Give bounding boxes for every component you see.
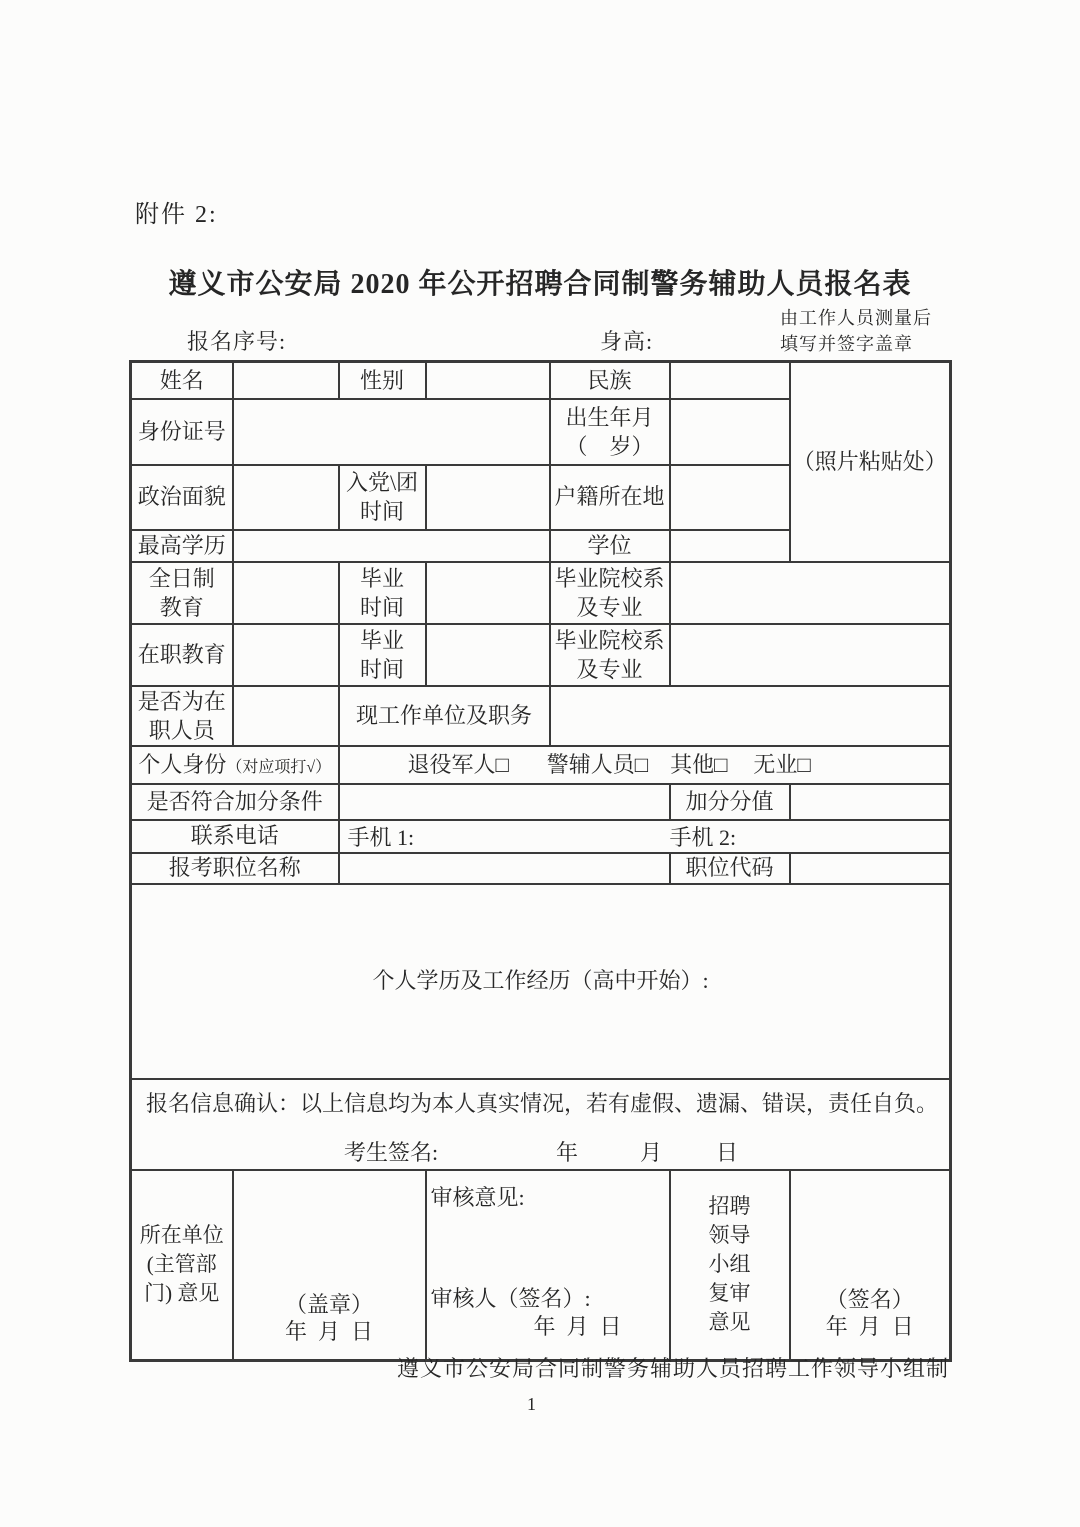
fulltime-grad-school-value-cell [670,562,951,624]
seal-label: （盖章） [285,1291,373,1319]
personal-identity-label: 个人身份（对应项打√） [131,746,339,784]
identity-option-unemployed: 无业□ [753,751,810,779]
personal-identity-label-text: 个人身份 [138,752,226,777]
height-measure-note-line1: 由工作人员测量后 [780,305,932,331]
position-code-value-cell [790,853,951,884]
political-status-label: 政治面貌 [131,465,233,530]
confirmation-cell: 报名信息确认：以上信息均为本人真实情况，若有虚假、遗漏、错误，责任自负。 考生签… [131,1079,951,1170]
fulltime-education-label: 全日制 教育 [131,562,233,624]
household-registration-label: 户籍所在地 [550,465,670,530]
unit-opinion-label-line1: 所在单位 [132,1221,232,1250]
leader-group-line1: 招聘 [671,1192,789,1221]
application-form-page: 附件 2: 遵义市公安局 2020 年公开招聘合同制警务辅助人员报名表 报名序号… [0,0,1080,1527]
is-employed-label: 是否为在 职人员 [131,686,233,746]
fulltime-education-value-cell [233,562,339,624]
review-opinion-cell: 审核意见: 审核人（签名）: 年 月 日 [426,1170,670,1361]
party-join-time-label-line2: 时间 [340,497,425,526]
height-label: 身高: [600,325,653,356]
birth-date-label-line1: 出生年月 [551,403,669,432]
identity-option-veteran: 退役军人□ [408,751,509,779]
is-employed-value-cell [233,686,339,746]
fulltime-grad-school-label: 毕业院校系 及专业 [550,562,670,624]
unit-opinion-ymd: 年 月 日 [285,1318,373,1346]
position-code-label: 职位代码 [670,853,790,884]
photo-paste-cell: （照片粘贴处） [790,362,951,562]
is-employed-label-line2: 职人员 [132,716,232,745]
fulltime-grad-school-label-line1: 毕业院校系 [551,564,669,593]
fulltime-education-label-line2: 教育 [132,593,232,622]
personal-identity-note: （对应项打√） [226,759,331,776]
application-form-table: 姓名 性别 民族 （照片粘贴处） 身份证号 出生年月 （ 岁） 政治面貌 入党\… [129,360,952,1362]
height-measure-note-line2: 填写并签字盖章 [780,331,932,357]
personal-identity-options-cell: 退役军人□ 警辅人员□ 其他□ 无业□ [339,746,951,784]
reviewer-signature-label: 审核人（签名）: [431,1285,591,1313]
education-work-history-cell: 个人学历及工作经历（高中开始）: [131,884,951,1079]
current-work-unit-label: 现工作单位及职务 [339,686,550,746]
leader-sign-ymd: 年 月 日 [826,1313,914,1341]
bonus-points-value-cell [790,784,951,820]
name-label: 姓名 [131,362,233,399]
highest-education-label: 最高学历 [131,530,233,562]
birth-date-value-cell [670,399,790,465]
inservice-grad-school-value-cell [670,624,951,686]
fulltime-grad-time-label: 毕业 时间 [339,562,426,624]
fulltime-grad-school-label-line2: 及专业 [551,593,669,622]
inservice-grad-school-label: 毕业院校系 及专业 [550,624,670,686]
review-opinion-label: 审核意见: [431,1184,525,1212]
inservice-grad-time-value-cell [426,624,550,686]
leader-group-line4: 复审 [671,1279,789,1308]
education-work-history-label: 个人学历及工作经历（高中开始）: [372,968,708,993]
fulltime-education-label-line1: 全日制 [132,564,232,593]
inservice-grad-time-label-line2: 时间 [340,655,425,684]
id-number-label: 身份证号 [131,399,233,465]
serial-number-label: 报名序号: [187,325,286,356]
contact-phone-label: 联系电话 [131,820,339,853]
bonus-eligibility-value-cell [339,784,670,820]
degree-value-cell [670,530,790,562]
political-status-value-cell [233,465,339,530]
unit-opinion-label: 所在单位 (主管部 门) 意见 [131,1170,233,1361]
height-measure-note: 由工作人员测量后 填写并签字盖章 [780,305,932,357]
is-employed-label-line1: 是否为在 [132,687,232,716]
party-join-time-value-cell [426,465,550,530]
applied-position-value-cell [339,853,670,884]
identity-option-auxiliary-police: 警辅人员□ [547,751,648,779]
bonus-eligibility-label: 是否符合加分条件 [131,784,339,820]
household-registration-value-cell [670,465,790,530]
current-work-unit-value-cell [550,686,951,746]
phone2-label: 手机 2: [670,824,737,852]
fulltime-grad-time-label-line1: 毕业 [340,564,425,593]
leader-group-review-label: 招聘 领导 小组 复审 意见 [670,1170,790,1361]
inservice-grad-time-label-line1: 毕业 [340,626,425,655]
contact-phone-value-cell: 手机 1: 手机 2: [339,820,951,853]
unit-opinion-label-line3: 门) 意见 [132,1279,232,1308]
confirmation-statement: 报名信息确认：以上信息均为本人真实情况，若有虚假、遗漏、错误，责任自负。 [146,1090,938,1118]
fulltime-grad-time-label-line2: 时间 [340,593,425,622]
leader-group-line2: 领导 [671,1221,789,1250]
page-title: 遵义市公安局 2020 年公开招聘合同制警务辅助人员报名表 [0,262,1080,302]
applied-position-label: 报考职位名称 [131,853,339,884]
party-join-time-label-line1: 入党\团 [340,468,425,497]
attachment-label: 附件 2: [135,194,218,229]
leader-group-line3: 小组 [671,1250,789,1279]
inservice-education-value-cell [233,624,339,686]
footer-issuer-note: 遵义市公安局合同制警务辅助人员招聘工作领导小组制 [129,1352,949,1383]
inservice-grad-time-label: 毕业 时间 [339,624,426,686]
id-number-value-cell [233,399,550,465]
unit-opinion-seal-cell: （盖章） 年 月 日 [233,1170,426,1361]
ethnicity-label: 民族 [550,362,670,399]
inservice-grad-school-label-line1: 毕业院校系 [551,626,669,655]
gender-label: 性别 [339,362,426,399]
leader-group-sign-cell: （签名） 年 月 日 [790,1170,951,1361]
birth-date-label: 出生年月 （ 岁） [550,399,670,465]
leader-group-line5: 意见 [671,1308,789,1337]
sign-label: （签名） [826,1286,914,1314]
inservice-grad-school-label-line2: 及专业 [551,655,669,684]
phone1-label: 手机 1: [348,824,415,852]
applicant-signature-label: 考生签名: [344,1139,438,1167]
identity-option-other: 其他□ [670,751,727,779]
ethnicity-value-cell [670,362,790,399]
page-number: 1 [527,1394,536,1415]
review-ymd: 年 月 日 [534,1313,622,1341]
name-value-cell [233,362,339,399]
degree-label: 学位 [550,530,670,562]
bonus-points-label: 加分分值 [670,784,790,820]
birth-date-label-line2: （ 岁） [551,432,669,461]
inservice-education-label: 在职教育 [131,624,233,686]
gender-value-cell [426,362,550,399]
fulltime-grad-time-value-cell [426,562,550,624]
confirmation-year-label: 年 [556,1139,578,1167]
unit-opinion-label-line2: (主管部 [132,1250,232,1279]
party-join-time-label: 入党\团 时间 [339,465,426,530]
confirmation-day-label: 日 [716,1139,738,1167]
highest-education-value-cell [233,530,550,562]
confirmation-month-label: 月 [640,1139,662,1167]
